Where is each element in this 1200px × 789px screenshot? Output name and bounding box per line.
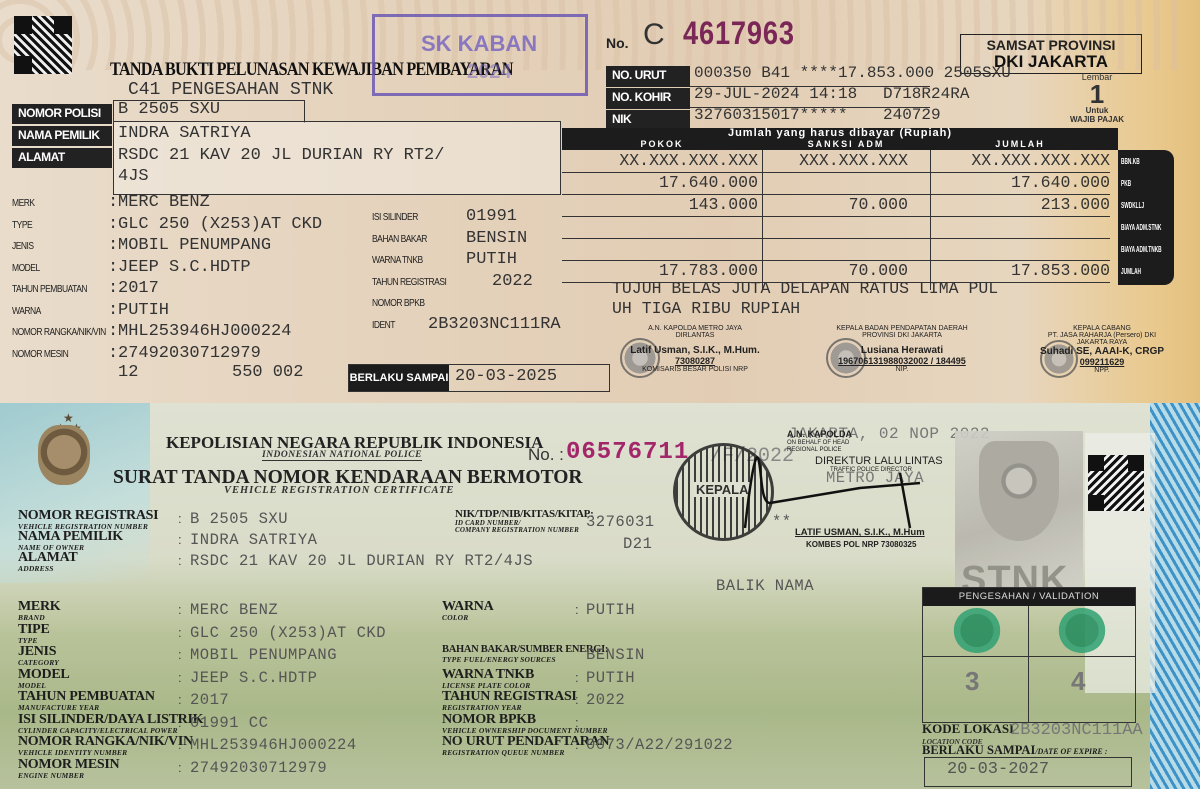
payment-row-label: PKB [1121,179,1131,188]
receipt-field-colon: : [108,301,118,320]
colon: : [575,692,579,707]
stnk-label-en: REGISTRATION YEAR [442,704,577,712]
payment-row-label: JUMLAH [1121,267,1141,276]
stnk-field-value: 0073/A22/291022 [586,736,733,754]
payment-row-label: BIAYA ADM.TNKB [1121,245,1162,254]
stnk-field-value: 2017 [190,691,229,709]
payment-pokok: 17.783.000 [562,261,758,280]
address-line2: 4JS [118,167,149,186]
sig-subtitle: PROVINSI DKI JAKARTA [812,332,992,339]
stnk-label-main: TIPE [18,623,49,637]
stnk-label-main: ALAMAT [18,551,77,565]
payment-pokok: XX.XXX.XXX.XXX [562,151,758,170]
colon: : [178,602,182,617]
extra-code-b: 550 002 [232,363,303,382]
colon: : [178,532,182,547]
vehicle-registration-certificate: ★ ★ ★ KEPOLISIAN NEGARA REPUBLIK INDONES… [0,403,1200,789]
receipt-field-label: TYPE [12,220,32,231]
divider [923,656,1135,657]
valid-until-value: 20-03-2025 [455,367,557,386]
stnk-field-label: NOMOR REGISTRASI VEHICLE REGISTRATION NU… [18,509,158,531]
validation-seal-icon [1058,608,1106,653]
police-emblem-icon [38,425,90,485]
stnk-field-label: ISI SILINDER/DAYA LISTRIK CYLINDER CAPAC… [18,713,203,735]
colon: : [575,715,579,730]
receipt-field-colon: : [108,193,118,212]
payment-header: Jumlah yang harus dibayar (Rupiah) POKOK… [562,128,1118,150]
payment-jumlah: 17.640.000 [930,173,1110,192]
payment-jumlah: 17.853.000 [930,261,1110,280]
stnk-field-label: BAHAN BAKAR/SUMBER ENERGI: TYPE FUEL/ENE… [442,645,608,663]
payment-pokok: 17.640.000 [562,173,758,192]
amount-in-words-1: TUJUH BELAS JUTA DELAPAN RATUS LIMA PUL [612,279,998,298]
sheet-indicator: Lembar 1 Untuk WAJIB PAJAK [1062,72,1132,124]
plate-label: NOMOR POLISI [12,104,112,124]
stnk-field-label: NO URUT PENDAFTARAN REGISTRATION QUEUE N… [442,735,609,757]
no-urut-label: NO. URUT [606,66,690,87]
receipt-field-colon: : [108,322,118,341]
receipt-field-colon: : [108,279,118,298]
sig-title: KEPALA CABANG [1032,325,1172,332]
stnk-field-label: MODEL MODEL [18,668,69,690]
stnk-field-value: 2022 [586,691,625,709]
colon: : [178,670,182,685]
payment-row [562,216,1110,239]
id-card-masked: ** [772,513,792,531]
receipt-field-value: 27492030712979 [118,344,261,363]
signature-jasa-raharja: KEPALA CABANG PT. JASA RAHARJA (Persero)… [1032,325,1172,374]
kohir-code: D718R24RA [883,85,969,103]
plate-value: B 2505 SXU [118,100,220,119]
stnk-no-number: 06576711 [566,439,689,466]
stnk-field-label: TAHUN REGISTRASI REGISTRATION YEAR [442,690,577,712]
stnk-field-value: GLC 250 (X253)AT CKD [190,624,386,642]
stnk-field-value: PUTIH [586,669,635,687]
payment-title: Jumlah yang harus dibayar (Rupiah) [562,127,1118,139]
stnk-field-value: MOBIL PENUMPANG [190,646,337,664]
stnk-field-label: WARNA COLOR [442,600,493,622]
stamp-line2: 2024 [467,61,512,84]
payment-pokok: 143.000 [562,195,758,214]
owner-name-value: INDRA SATRIYA [118,124,251,143]
stnk-field-value: MHL253946HJ000224 [190,736,357,754]
stnk-field-label: ALAMAT ADDRESS [18,551,77,573]
stnk-label-main: NOMOR BPKB [442,713,608,727]
qr-code-icon [1088,455,1144,511]
stnk-field-label: TAHUN PEMBUATAN MANUFACTURE YEAR [18,690,155,712]
colon: : [178,553,182,568]
valid-until-label: BERLAKU SAMPAI [349,365,449,391]
receipt-field-value: PUTIH [118,301,169,320]
payment-row-label: BIAYA ADM.STNK [1121,223,1161,232]
issuer-name: LATIF USMAN, S.I.K., M.Hum [795,527,925,538]
valid-until-box: BERLAKU SAMPAI 20-03-2025 [348,364,610,392]
id-card-label-en2: COMPANY REGISTRATION NUMBER [455,527,593,534]
payment-row-label: SWDKLLJ [1121,201,1144,210]
payment-row [562,238,1110,261]
stnk-label-en: ADDRESS [18,565,77,573]
expiry-label: BERLAKU SAMPAI/DATE OF EXPIRE : [922,743,1107,758]
sig-id: 099211629 [1032,357,1172,367]
sig-subtitle: DIRLANTAS [620,332,770,339]
stnk-label-en: CYLINDER CAPACITY/ELECTRICAL POWER [18,727,203,735]
no-kohir-value: 29-JUL-2024 14:18 [694,85,857,103]
divider [690,107,930,108]
stnk-label-main: TAHUN REGISTRASI [442,690,577,704]
sig-footer: NPP. [1032,367,1172,374]
stnk-field-label: NAMA PEMILIK NAME OF OWNER [18,530,123,552]
stnk-field-label: MERK BRAND [18,600,60,622]
sheet-for: Untuk [1062,106,1132,115]
stnk-label-en: MANUFACTURE YEAR [18,704,155,712]
receipt-field-value: BENSIN [466,229,527,248]
colon: : [178,715,182,730]
validation-box: PENGESAHAN / VALIDATION 3 4 [922,587,1136,723]
receipt-field-label: NOMOR RANGKA/NIK/VIN [12,327,106,338]
sig-name: Lusiana Herawati [812,345,992,356]
no-kohir-label: NO. KOHIR [606,88,690,109]
stnk-field-label: WARNA TNKB LICENSE PLATE COLOR [442,668,534,690]
payment-row-labels [1118,150,1174,285]
stnk-label-en: TYPE [18,637,49,645]
receipt-field-value: 01991 [466,207,517,226]
sheet-recipient: WAJIB PAJAK [1062,115,1132,124]
stnk-field-value: RSDC 21 KAV 20 JL DURIAN RY RT2/4JS [190,552,533,570]
stnk-label-main: MERK [18,600,60,614]
stnk-field-value: JEEP S.C.HDTP [190,669,317,687]
sig-title: A.N. KAPOLDA METRO JAYA [620,325,770,332]
receipt-field-label: ISI SILINDER [372,212,418,223]
stnk-label-main: NOMOR REGISTRASI [18,509,158,523]
validation-title: PENGESAHAN / VALIDATION [923,588,1135,606]
stnk-no-label: No. : [528,445,564,465]
receipt-field-label: IDENT [372,320,395,331]
sk-kaban-stamp: SK KABAN 2024 [372,14,588,96]
col-jumlah: JUMLAH [930,139,1110,149]
stnk-field-label: NOMOR MESIN ENGINE NUMBER [18,758,119,780]
colon: : [178,737,182,752]
colon: : [178,511,182,526]
stnk-label-en: REGISTRATION QUEUE NUMBER [442,749,609,757]
stnk-label-en: MODEL [18,682,69,690]
sig-footer: NIP. [812,366,992,373]
sig-footer: KOMISARIS BESAR POLISI NRP [620,366,770,373]
sig-title: KEPALA BADAN PENDAPATAN DAERAH [812,325,992,332]
receipt-no-series: C [643,18,665,52]
receipt-field-value: MOBIL PENUMPANG [118,236,271,255]
location-code-value: 2B3203NC111AA [1010,721,1143,740]
receipt-field-value: 2022 [492,272,533,291]
receipt-field-colon: : [108,258,118,277]
id-card-label: NIK/TDP/NIB/KITAS/KITAP: ID CARD NUMBER/… [455,509,593,534]
expiry-label-en: /DATE OF EXPIRE : [1035,747,1107,756]
validation-cell-3: 3 [965,666,979,697]
payment-receipt: TANDA BUKTI PELUNASAN KEWAJIBAN PEMBAYAR… [0,0,1200,403]
sig-name: Latif Usman, S.I.K., M.Hum. [620,345,770,356]
stnk-field-value: 01991 CC [190,714,268,732]
stnk-field-value: PUTIH [586,601,635,619]
security-pattern [1150,403,1200,789]
stnk-label-main: NOMOR MESIN [18,758,119,772]
stnk-label-main: NO URUT PENDAFTARAN [442,735,609,749]
expiry-label-main: BERLAKU SAMPAI [922,743,1035,757]
divider [690,86,930,87]
receipt-field-colon: : [108,215,118,234]
receipt-field-label: JENIS [12,241,34,252]
address-label: ALAMAT [12,148,112,168]
id-card-value2: D21 [623,535,652,553]
stnk-field-label: NOMOR RANGKA/NIK/VIN VEHICLE IDENTITY NU… [18,735,193,757]
receipt-field-value: 2B3203NC111RA [428,315,561,334]
payment-sanksi: 70.000 [762,195,908,214]
sheet-number: 1 [1062,82,1132,106]
stnk-title-en: VEHICLE REGISTRATION CERTIFICATE [224,485,454,496]
sig-name: Suhadi SE, AAAI-K, CRGP [1032,346,1172,357]
stnk-field-label: JENIS CATEGORY [18,645,59,667]
nik-value: 32760315017***** [694,106,848,124]
stnk-field-label: NOMOR BPKB VEHICLE OWNERSHIP DOCUMENT NU… [442,713,608,735]
on-behalf: A.N. KAPOLDA [787,429,852,439]
stnk-field-value: 27492030712979 [190,759,327,777]
receipt-field-label: TAHUN PEMBUATAN [12,284,87,295]
receipt-field-colon: : [108,236,118,255]
receipt-field-colon: : [108,344,118,363]
receipt-field-label: MERK [12,198,35,209]
stnk-label-main: MODEL [18,668,69,682]
hologram: STNK [955,431,1083,606]
sig-subtitle: PT. JASA RAHARJA (Persero) DKI JAKARTA R… [1032,332,1172,346]
receipt-field-label: MODEL [12,263,40,274]
colon: : [178,692,182,707]
divider [1028,606,1029,722]
stnk-label-main: NOMOR RANGKA/NIK/VIN [18,735,193,749]
stnk-field-value: BENSIN [586,646,645,664]
stnk-label-main: ISI SILINDER/DAYA LISTRIK [18,713,203,727]
receipt-field-label: TAHUN REGISTRASI [372,277,446,288]
receipt-field-value: JEEP S.C.HDTP [118,258,251,277]
receipt-field-label: NOMOR BPKB [372,298,425,309]
stnk-label-en: BRAND [18,614,60,622]
stnk-label-en: CATEGORY [18,659,59,667]
receipt-field-value: MERC BENZ [118,193,210,212]
stnk-label-main: BAHAN BAKAR/SUMBER ENERGI: [442,645,608,656]
receipt-field-value: MHL253946HJ000224 [118,322,291,341]
no-urut-value: 000350 B41 ****17.853.000 2505SXU [694,64,1011,82]
location-code-label-main: KODE LOKASI [922,721,1014,737]
expiry-value: 20-03-2027 [947,760,1049,779]
stnk-label-main: NAMA PEMILIK [18,530,123,544]
col-sanksi: SANKSI ADM [762,139,930,149]
stnk-field-value: INDRA SATRIYA [190,531,317,549]
col-pokok: POKOK [562,139,762,149]
payment-jumlah: 213.000 [930,195,1110,214]
amount-in-words-2: UH TIGA RIBU RUPIAH [612,299,800,318]
police-shield-icon [979,441,1059,541]
stnk-label-en: TYPE FUEL/ENERGY SOURCES [442,656,608,664]
payment-row-label: BBN.KB [1121,157,1140,166]
receipt-no-number: 4617963 [683,15,795,52]
expiry-box: 20-03-2027 [924,757,1132,787]
colon: : [575,737,579,752]
qr-code-icon [14,16,72,74]
receipt-field-label: BAHAN BAKAR [372,234,427,245]
receipt-field-label: NOMOR MESIN [12,349,68,360]
issuer-rank: KOMBES POL NRP 73080325 [806,540,916,549]
receipt-field-value: PUTIH [466,250,517,269]
signature-bapenda: KEPALA BADAN PENDAPATAN DAERAH PROVINSI … [812,325,992,373]
receipt-field-value: 2017 [118,279,159,298]
stnk-label-en: COLOR [442,614,493,622]
receipt-field-value: GLC 250 (X253)AT CKD [118,215,322,234]
sig-id: 196706131988032002 / 184495 [812,356,992,366]
stnk-label-main: JENIS [18,645,59,659]
stnk-label-main: TAHUN PEMBUATAN [18,690,155,704]
stnk-label-main: WARNA TNKB [442,668,534,682]
stnk-field-value: MERC BENZ [190,601,278,619]
samsat-line1: SAMSAT PROVINSI [961,37,1141,53]
receipt-field-label: WARNA [12,306,41,317]
receipt-field-label: WARNA TNKB [372,255,423,266]
extra-code-a: 12 [118,363,138,382]
remark: BALIK NAMA [716,577,814,595]
validation-seal-icon [953,608,1001,653]
divider [762,150,763,290]
receipt-subtitle: C41 PENGESAHAN STNK [128,80,333,100]
stnk-label-main: WARNA [442,600,493,614]
signature-dirlantas: A.N. KAPOLDA METRO JAYA DIRLANTAS Latif … [620,325,770,373]
colon: : [178,760,182,775]
nik-extra: 240729 [883,106,941,124]
sig-id: 73080287 [620,356,770,366]
divider [930,150,931,290]
stnk-label-en: ENGINE NUMBER [18,772,119,780]
payment-sanksi: XXX.XXX.XXX [762,151,908,170]
receipt-no-label: No. [606,35,629,51]
owner-name-label: NAMA PEMILIK [12,126,112,146]
colon: : [575,670,579,685]
payment-jumlah: XX.XXX.XXX.XXX [930,151,1110,170]
address-line1: RSDC 21 KAV 20 JL DURIAN RY RT2/ [118,146,444,165]
stamp-line1: SK KABAN [421,31,537,57]
stnk-header-en: INDONESIAN NATIONAL POLICE [262,450,422,461]
colon: : [178,625,182,640]
stnk-field-value: B 2505 SXU [190,510,288,528]
signature-scribble [740,443,940,533]
stnk-label-en: VEHICLE IDENTITY NUMBER [18,749,193,757]
stnk-field-label: TIPE TYPE [18,623,49,645]
id-card-value: 3276031 [586,513,655,531]
colon: : [178,647,182,662]
validation-cell-4: 4 [1071,666,1085,697]
payment-sanksi: 70.000 [762,261,908,280]
colon: : [575,602,579,617]
